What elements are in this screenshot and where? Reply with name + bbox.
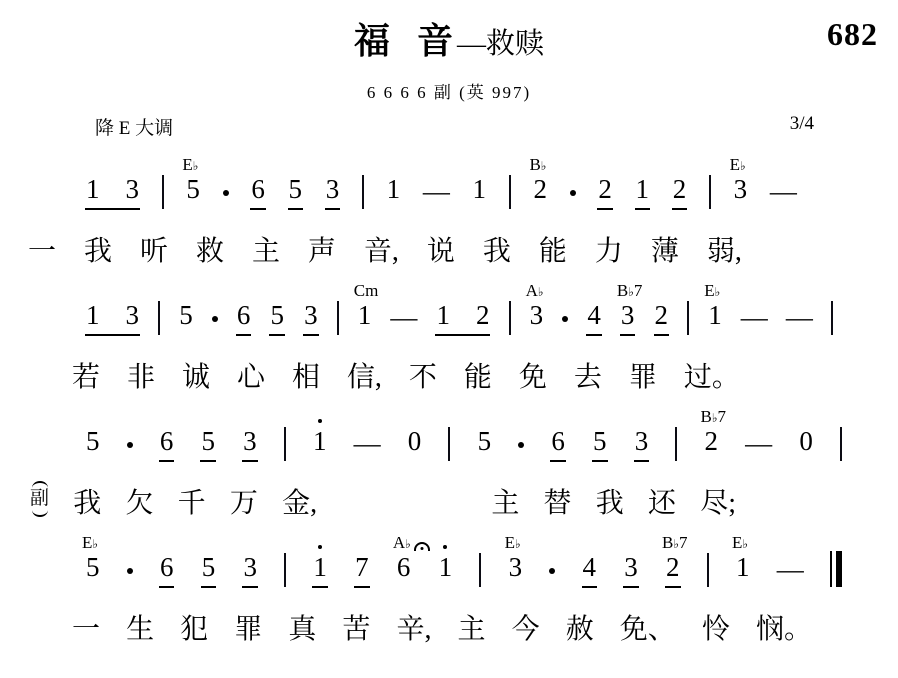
refrain-marker: 副 [30, 481, 49, 518]
note-value: 4 [586, 300, 602, 336]
note-value: 3 [620, 300, 636, 336]
chord-label: B♭7 [701, 408, 727, 425]
music-line: 13E♭56531—1B♭2212E♭3— [85, 170, 797, 210]
note: 3 [303, 300, 319, 336]
note-value: 5 [178, 300, 194, 336]
lyric-syllable: 过。 [684, 364, 740, 392]
note-value: 3 [529, 300, 545, 336]
lyric-syllable: 相 [292, 364, 320, 392]
note: E♭3 [733, 174, 749, 210]
barline [479, 553, 481, 587]
duration-dash: — [777, 554, 804, 588]
note: 5 [477, 426, 493, 462]
duration-dash: — [741, 302, 768, 336]
beam-group: 12 [435, 300, 490, 336]
lyric-syllable: 听 [140, 238, 168, 266]
beam-underline: 13 [85, 174, 140, 210]
augmentation-dot [223, 190, 229, 196]
lyric-syllable: 说 [427, 238, 455, 266]
rest-value: 0 [798, 426, 814, 462]
note-value: 2 [532, 174, 548, 210]
note: 2 [654, 300, 670, 336]
note-value: 3 [125, 174, 141, 208]
note: 5 [269, 300, 285, 336]
note-value: 7 [354, 552, 370, 588]
lyric-syllable: 罪 [629, 364, 657, 392]
note: 5 [288, 174, 304, 210]
note-value: 2 [654, 300, 670, 336]
hymn-subtitle: —救赎 [457, 28, 544, 60]
beam-underline: 13 [85, 300, 140, 336]
augmentation-dot [570, 190, 576, 196]
system: E♭565317A♭61E♭343B♭72E♭1—一生犯罪真苦辛,主今赦免、怜悯… [0, 548, 898, 644]
note-value: 1 [357, 300, 373, 336]
note: 5 [592, 426, 608, 462]
note: B♭73 [620, 300, 636, 336]
octave-dot [318, 419, 322, 423]
note-value: 2 [475, 300, 491, 334]
chord-label: B♭7 [662, 534, 688, 551]
note: E♭5 [185, 174, 201, 210]
barline [284, 427, 286, 461]
lyric-syllable: 免、 [620, 616, 676, 644]
title-row: 福 音—救赎 [0, 0, 898, 62]
lyric-syllable: 我 [73, 490, 101, 518]
lyric-syllable: 千 [178, 490, 206, 518]
refrain-paren-bottom [32, 510, 48, 517]
lyric-syllable: 主 [252, 238, 280, 266]
lyric-syllable: 主 [491, 490, 519, 518]
music-line: E♭565317A♭61E♭343B♭72E♭1— [85, 548, 842, 588]
lyric-syllable: 声 [308, 238, 336, 266]
note-value: 6 [396, 552, 412, 588]
chord-label: E♭ [732, 534, 748, 551]
lyrics-line: 副我欠千万金,主替我还尽; [30, 478, 736, 518]
system: 56531—05653B♭72—0副我欠千万金,主替我还尽; [0, 422, 898, 518]
lyric-syllable: 不 [409, 364, 437, 392]
lyric-syllable: 信, [347, 364, 382, 392]
note-value: 2 [704, 426, 720, 462]
note-value: 6 [550, 426, 566, 462]
note-value: 3 [303, 300, 319, 336]
duration-dash: — [770, 176, 797, 210]
note: E♭5 [85, 552, 101, 588]
note-value: 1 [386, 174, 402, 210]
system: 135653Cm1—12A♭34B♭732E♭1——若非诚心相信,不能免去罪过。 [0, 296, 898, 392]
note: 3 [242, 552, 258, 588]
note: 2 [597, 174, 613, 210]
note-value: 5 [288, 174, 304, 210]
lyric-syllable: 尽; [700, 490, 736, 518]
system: 13E♭56531—1B♭2212E♭3—一我听救主声音,说我能力薄弱, [0, 170, 898, 266]
barline [709, 175, 711, 209]
note-value: 3 [733, 174, 749, 210]
key-signature: 降 E 大调 [95, 113, 173, 140]
barline [687, 301, 689, 335]
refrain-char: 副 [30, 489, 49, 509]
lyrics-line: 一我听救主声音,说我能力薄弱, [28, 226, 742, 266]
note-value: 1 [435, 300, 451, 334]
music-line: 135653Cm1—12A♭34B♭732E♭1—— [85, 296, 833, 336]
final-bar-thick [836, 551, 842, 587]
lyric-syllable: 若 [72, 364, 100, 392]
augmentation-dot [562, 316, 568, 322]
note-value: 6 [250, 174, 266, 210]
note-value: 3 [125, 300, 141, 334]
note: B♭72 [704, 426, 720, 462]
augmentation-dot [127, 442, 133, 448]
augmentation-dot [212, 316, 218, 322]
barline [831, 301, 833, 335]
note-value: 5 [185, 174, 201, 210]
note: 6 [236, 300, 252, 336]
note: 6 [250, 174, 266, 210]
lyric-syllable: 音, [364, 238, 399, 266]
note-value: 1 [472, 174, 488, 210]
note: 6 [550, 426, 566, 462]
note-value: 1 [438, 552, 454, 588]
note-value: 5 [200, 426, 216, 462]
note-value: 5 [85, 552, 101, 588]
chord-label: E♭ [82, 534, 98, 551]
lyric-syllable: 能 [539, 238, 567, 266]
lyric-syllable: 罪 [234, 616, 262, 644]
note-value: 2 [597, 174, 613, 210]
lyric-syllable: 力 [595, 238, 623, 266]
note: 4 [586, 300, 602, 336]
note-value: 3 [242, 552, 258, 588]
note-value: 1 [635, 174, 651, 210]
lyric-syllable: 去 [574, 364, 602, 392]
note-value: 3 [508, 552, 524, 588]
augmentation-dot [549, 568, 555, 574]
final-bar-thin [830, 551, 832, 587]
note-value: 3 [634, 426, 650, 462]
chord-label: B♭ [529, 156, 546, 173]
chord-label: E♭ [182, 156, 198, 173]
note-value: 1 [312, 426, 328, 462]
rest-value: 0 [407, 426, 423, 462]
time-signature: 3/4 [790, 113, 814, 140]
refrain-paren-top [32, 481, 48, 488]
note: A♭3 [529, 300, 545, 336]
meter-info: 6 6 6 6 副 (英 997) [0, 78, 898, 103]
lyric-syllable: 苦 [342, 616, 370, 644]
note: 6 [159, 426, 175, 462]
final-barline [830, 551, 842, 587]
music-line: 56531—05653B♭72—0 [85, 422, 842, 462]
hymn-sheet-page: 682 福 音—救赎 6 6 6 6 副 (英 997) 降 E 大调 3/4 … [0, 0, 898, 678]
barline [162, 175, 164, 209]
barline [509, 301, 511, 335]
lyric-syllable: 诚 [182, 364, 210, 392]
note-value: 1 [312, 552, 328, 588]
page-number: 682 [827, 16, 878, 53]
note-value: 6 [236, 300, 252, 336]
barline [707, 553, 709, 587]
note-value: 1 [707, 300, 723, 336]
lyric-syllable: 怜 [702, 616, 730, 644]
note-value: 1 [85, 300, 101, 334]
note: 1 [635, 174, 651, 210]
hymn-title: 福 音 [354, 21, 453, 61]
note: E♭3 [508, 552, 524, 588]
score: 13E♭56531—1B♭2212E♭3—一我听救主声音,说我能力薄弱,1356… [0, 170, 898, 644]
note-value: 1 [85, 174, 101, 208]
note-value: 2 [665, 552, 681, 588]
chord-label: A♭ [393, 534, 430, 551]
lyric-syllable: 生 [126, 616, 154, 644]
note: 3 [634, 426, 650, 462]
note: E♭1 [735, 552, 751, 588]
note: 6 [159, 552, 175, 588]
key-time-row: 降 E 大调 3/4 [95, 113, 814, 140]
lyric-syllable: 我 [483, 238, 511, 266]
note: 3 [325, 174, 341, 210]
lyric-syllable: 真 [288, 616, 316, 644]
note-value: 5 [201, 552, 217, 588]
note-value: 1 [735, 552, 751, 588]
duration-dash: — [745, 428, 772, 462]
chord-label: Cm [354, 282, 379, 299]
note-value: 5 [592, 426, 608, 462]
lyric-syllable: 主 [458, 616, 486, 644]
note: 5 [85, 426, 101, 462]
duration-dash: — [390, 302, 417, 336]
note-value: 6 [159, 552, 175, 588]
note: Cm1 [357, 300, 373, 336]
lyrics-line: 一生犯罪真苦辛,主今赦免、怜悯。 [72, 604, 812, 644]
note: A♭6 [396, 552, 412, 588]
lyric-syllable: 一 [72, 616, 100, 644]
lyric-syllable: 免 [519, 364, 547, 392]
note-value: 3 [325, 174, 341, 210]
octave-dot [443, 545, 447, 549]
lyric-syllable: 弱, [707, 238, 742, 266]
note: B♭2 [532, 174, 548, 210]
note: 3 [242, 426, 258, 462]
note: 2 [672, 174, 688, 210]
note: 1 [472, 174, 488, 210]
chord-label: E♭ [704, 282, 720, 299]
note-value: 3 [242, 426, 258, 462]
chord-label: B♭7 [617, 282, 643, 299]
chord-label: A♭ [526, 282, 544, 299]
lyric-syllable: 替 [544, 490, 572, 518]
note-value: 5 [269, 300, 285, 336]
barline [840, 427, 842, 461]
lyric-syllable: 悯。 [756, 616, 812, 644]
lyric-syllable: 犯 [180, 616, 208, 644]
note-value: 5 [477, 426, 493, 462]
note-value: 5 [85, 426, 101, 462]
lyric-syllable: 非 [127, 364, 155, 392]
note-value: 2 [672, 174, 688, 210]
duration-dash: — [786, 302, 813, 336]
rest: 0 [407, 426, 423, 462]
lyric-syllable: 能 [464, 364, 492, 392]
lyric-syllable: 还 [648, 490, 676, 518]
lyric-syllable: 万 [230, 490, 258, 518]
lyric-syllable: 赦 [566, 616, 594, 644]
lyric-syllable: 欠 [125, 490, 153, 518]
note: 3 [623, 552, 639, 588]
chord-label: E♭ [505, 534, 521, 551]
note: 5 [178, 300, 194, 336]
beam-group: 13 [85, 300, 140, 336]
lyric-syllable: 一 [28, 238, 56, 266]
barline [362, 175, 364, 209]
rest: 0 [798, 426, 814, 462]
note: B♭72 [665, 552, 681, 588]
lyrics-line: 若非诚心相信,不能免去罪过。 [72, 352, 740, 392]
barline [448, 427, 450, 461]
barline [675, 427, 677, 461]
note-value: 4 [582, 552, 598, 588]
note: 1 [386, 174, 402, 210]
note: 4 [582, 552, 598, 588]
note: 5 [200, 426, 216, 462]
note: 1 [312, 419, 328, 462]
note: 1 [438, 545, 454, 588]
lyric-syllable: 心 [237, 364, 265, 392]
note: 1 [312, 545, 328, 588]
barline [284, 553, 286, 587]
note: 7 [354, 552, 370, 588]
barline [158, 301, 160, 335]
augmentation-dot [518, 442, 524, 448]
lyric-syllable: 辛, [396, 616, 431, 644]
fermata-icon [414, 542, 430, 551]
lyric-syllable: 救 [196, 238, 224, 266]
note-value: 3 [623, 552, 639, 588]
note: 5 [201, 552, 217, 588]
lyric-syllable: 金, [282, 490, 317, 518]
lyric-syllable: 我 [596, 490, 624, 518]
note-value: 6 [159, 426, 175, 462]
note: E♭1 [707, 300, 723, 336]
duration-dash: — [423, 176, 450, 210]
lyric-syllable: 今 [512, 616, 540, 644]
duration-dash: — [354, 428, 381, 462]
beam-underline: 12 [435, 300, 490, 336]
lyric-syllable: 薄 [651, 238, 679, 266]
barline [337, 301, 339, 335]
beam-group: 13 [85, 174, 140, 210]
augmentation-dot [127, 568, 133, 574]
chord-label: E♭ [730, 156, 746, 173]
lyric-syllable: 我 [84, 238, 112, 266]
barline [509, 175, 511, 209]
octave-dot [318, 545, 322, 549]
